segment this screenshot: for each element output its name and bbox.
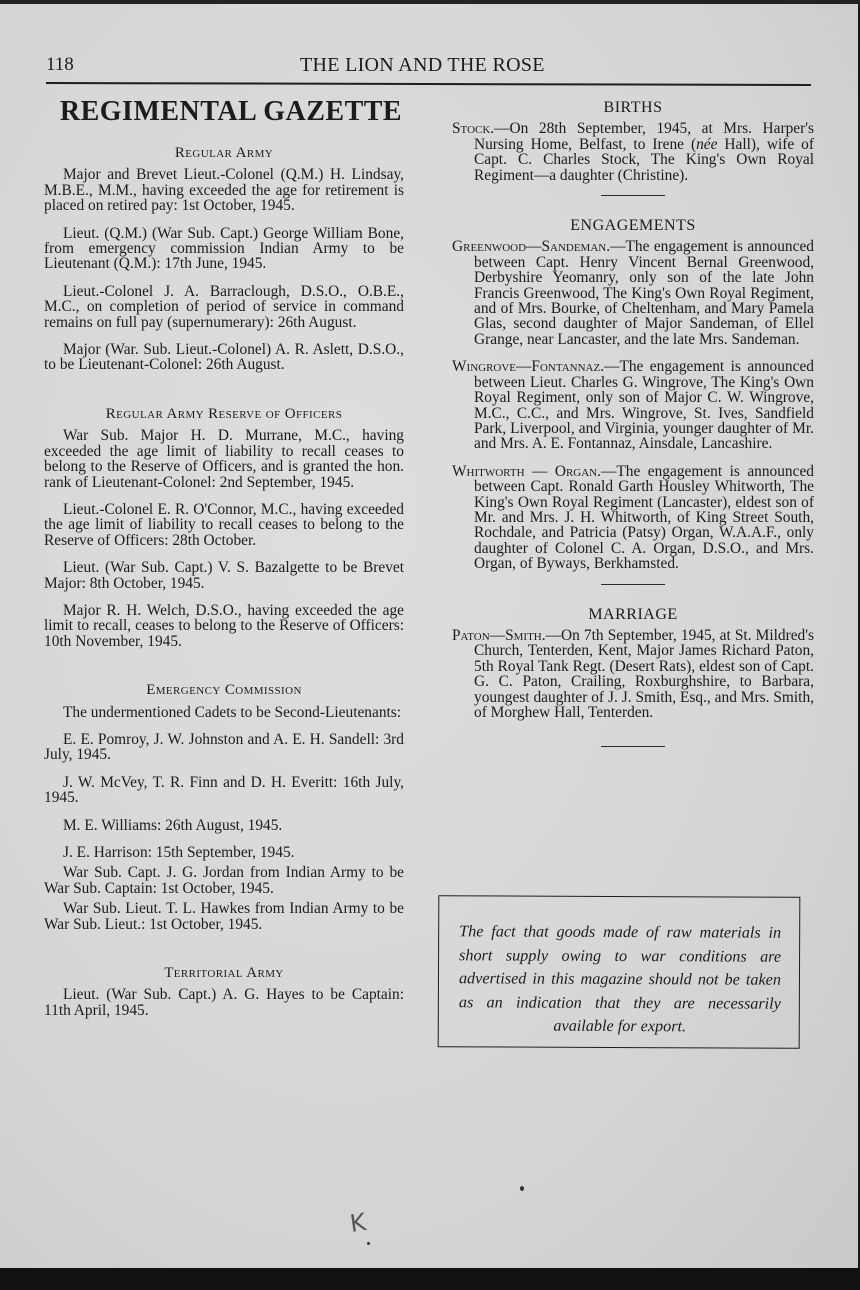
gazette-entry: Major R. H. Welch, D.S.O., having exceed… xyxy=(44,603,404,649)
section-divider xyxy=(601,195,665,196)
notice-text: —The engagement is announced between Cap… xyxy=(474,238,814,347)
header-rule xyxy=(46,82,811,86)
gazette-entry: Lieut. (War Sub. Capt.) A. G. Hayes to b… xyxy=(44,987,404,1018)
scan-bottom-edge xyxy=(0,1268,860,1290)
section-territorial-army: Territorial Army Lieut. (War Sub. Capt.)… xyxy=(44,966,404,1018)
gazette-entry: The undermentioned Cadets to be Second-L… xyxy=(44,705,404,720)
section-births: BIRTHS Stock.—On 28th September, 1945, a… xyxy=(452,100,814,183)
gazette-entry: War Sub. Major H. D. Murrane, M.C., havi… xyxy=(44,428,404,490)
gazette-entry: Lieut.-Colonel J. A. Barraclough, D.S.O.… xyxy=(44,284,404,330)
gazette-entry: J. W. McVey, T. R. Finn and D. H. Everit… xyxy=(44,775,404,806)
section-marriage: MARRIAGE Paton—Smith.—On 7th September, … xyxy=(452,607,814,721)
engagement-notice: Whitworth — Organ.—The engagement is ann… xyxy=(452,464,814,572)
gazette-entry: Lieut. (Q.M.) (War Sub. Capt.) George Wi… xyxy=(44,226,404,272)
spacer xyxy=(44,385,404,407)
gazette-entry: Lieut.-Colonel E. R. O'Connor, M.C., hav… xyxy=(44,502,404,548)
ink-speck xyxy=(520,1186,524,1191)
left-column: REGIMENTAL GAZETTE Regular Army Major an… xyxy=(44,96,404,1030)
engagement-notice: Wingrove—Fontannaz.—The engagement is an… xyxy=(452,359,814,451)
gazette-entry: Lieut. (War Sub. Capt.) V. S. Bazalgette… xyxy=(44,560,404,591)
section-heading: Emergency Commission xyxy=(44,683,404,698)
gazette-entry: Major (War. Sub. Lieut.-Colonel) A. R. A… xyxy=(44,342,404,373)
section-heading: Territorial Army xyxy=(44,966,404,981)
spacer xyxy=(44,944,404,966)
section-heading: BIRTHS xyxy=(452,100,814,115)
section-heading: Regular Army xyxy=(44,146,404,161)
ink-speck xyxy=(367,1242,370,1245)
section-heading: Regular Army Reserve of Officers xyxy=(44,407,404,422)
engagement-notice: Greenwood—Sandeman.—The engagement is an… xyxy=(452,239,814,347)
gazette-title: REGIMENTAL GAZETTE xyxy=(44,96,404,128)
right-column: BIRTHS Stock.—On 28th September, 1945, a… xyxy=(452,100,814,769)
gazette-entry: E. E. Pomroy, J. W. Johnston and A. E. H… xyxy=(44,732,404,763)
section-reserve-of-officers: Regular Army Reserve of Officers War Sub… xyxy=(44,407,404,649)
magazine-page: 118 THE LION AND THE ROSE REGIMENTAL GAZ… xyxy=(0,4,858,1270)
notice-text: —The engagement is announced between Cap… xyxy=(474,463,814,572)
export-notice-text: The fact that goods made of raw material… xyxy=(459,920,782,1039)
gazette-entry: M. E. Williams: 26th August, 1945. xyxy=(44,818,404,833)
spacer xyxy=(44,661,404,683)
section-divider xyxy=(601,584,665,585)
section-engagements: ENGAGEMENTS Greenwood—Sandeman.—The enga… xyxy=(452,218,814,572)
section-heading: ENGAGEMENTS xyxy=(452,218,814,233)
gazette-entry: War Sub. Lieut. T. L. Hawkes from Indian… xyxy=(44,901,404,932)
birth-notice: Stock.—On 28th September, 1945, at Mrs. … xyxy=(452,121,814,183)
journal-title: THE LION AND THE ROSE xyxy=(300,54,545,77)
gazette-entry: War Sub. Capt. J. G. Jordan from Indian … xyxy=(44,865,404,896)
pencil-annotation: K xyxy=(348,1208,367,1238)
section-divider xyxy=(601,746,665,747)
gazette-entry: Major and Brevet Lieut.-Colonel (Q.M.) H… xyxy=(44,167,404,213)
marriage-notice: Paton—Smith.—On 7th September, 1945, at … xyxy=(452,628,814,720)
running-head: 118 THE LION AND THE ROSE xyxy=(46,54,811,80)
export-notice-box: The fact that goods made of raw material… xyxy=(438,895,801,1049)
section-emergency-commission: Emergency Commission The undermentioned … xyxy=(44,683,404,932)
section-heading: MARRIAGE xyxy=(452,607,814,622)
gazette-entry: J. E. Harrison: 15th September, 1945. xyxy=(44,845,404,860)
page-number: 118 xyxy=(46,54,74,76)
section-regular-army: Regular Army Major and Brevet Lieut.-Col… xyxy=(44,146,404,373)
